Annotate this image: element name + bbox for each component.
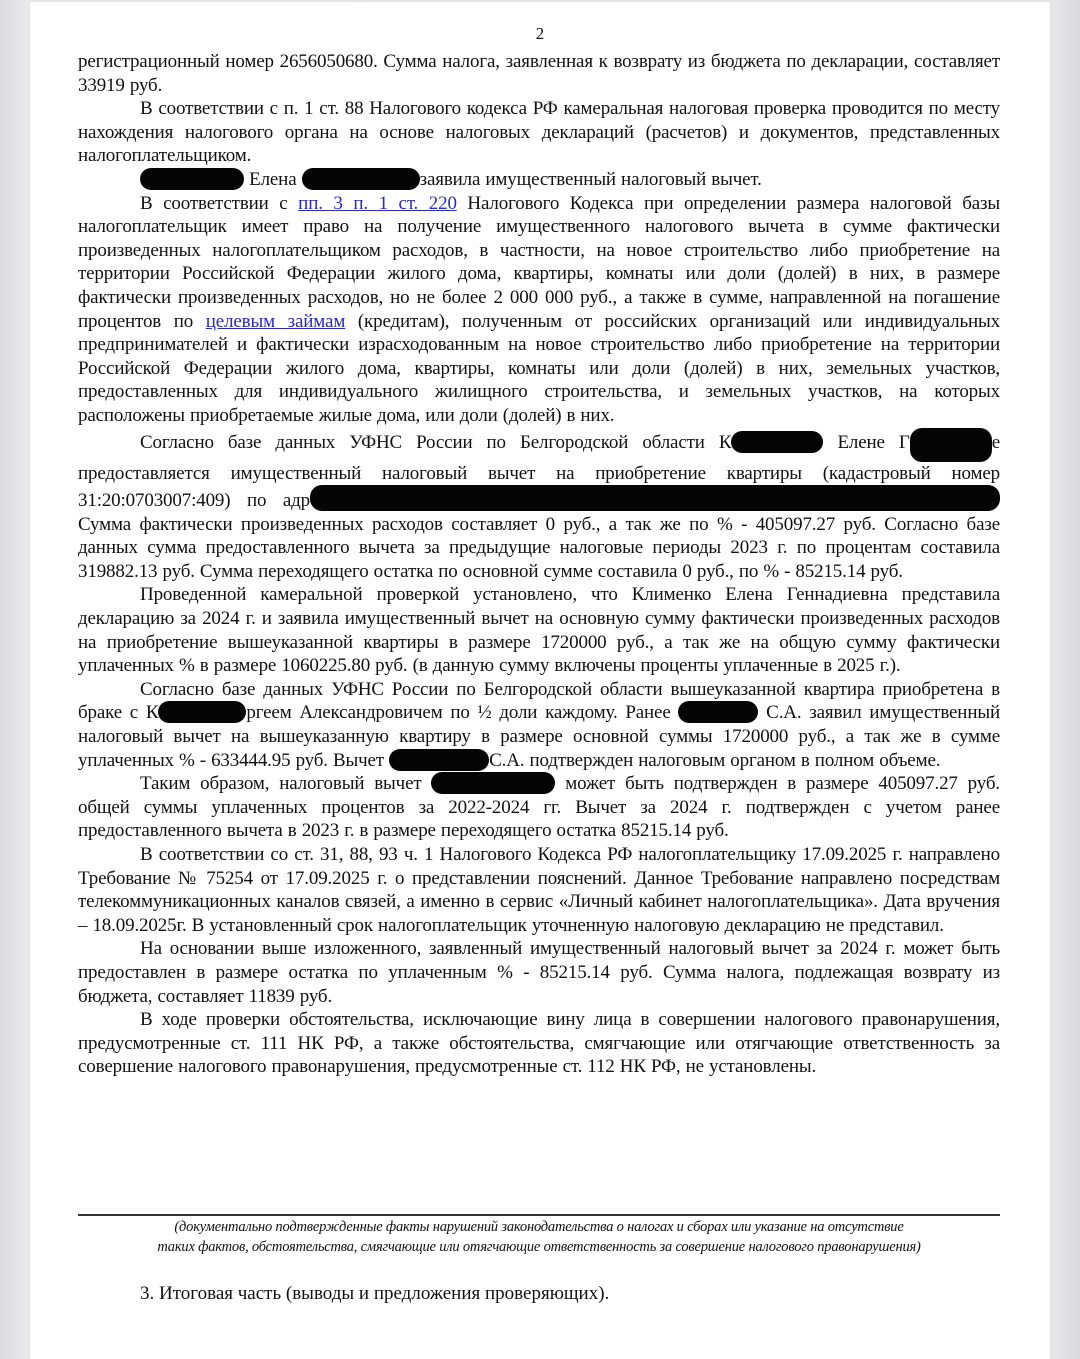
- redaction-block: [910, 428, 992, 462]
- form-caption: (документально подтвержденные факты нару…: [78, 1217, 1000, 1257]
- document-body: регистрационный номер 2656050680. Сумма …: [78, 50, 1000, 1079]
- paragraph-conclusion-deduction: Таким образом, налоговый вычет может быт…: [78, 772, 1000, 843]
- paragraph-requirement-notice: В соответствии со ст. 31, 88, 93 ч. 1 На…: [78, 843, 1000, 937]
- document-page: 2 регистрационный номер 2656050680. Сумм…: [30, 2, 1050, 1359]
- redaction-block: [302, 168, 420, 190]
- redaction-address-block: [310, 485, 1000, 511]
- page-number: 2: [30, 24, 1050, 44]
- divider-line: [78, 1214, 1000, 1216]
- paragraph-deduction-claim: Елена заявила имущественный налоговый вы…: [78, 168, 1000, 192]
- paragraph-refund-amount: На основании выше изложенного, заявленны…: [78, 937, 1000, 1008]
- link-target-loans[interactable]: целевым займам: [206, 311, 345, 332]
- redaction-block: [140, 168, 244, 190]
- redaction-block: [431, 772, 555, 794]
- paragraph-audit-findings: Проведенной камеральной проверкой устано…: [78, 583, 1000, 677]
- section-heading-final-part: 3. Итоговая часть (выводы и предложения …: [140, 1283, 609, 1305]
- redaction-block: [389, 749, 489, 771]
- paragraph-database-info: Согласно базе данных УФНС России по Белг…: [78, 428, 1000, 584]
- caption-line-1: (документально подтвержденные факты нару…: [78, 1217, 1000, 1237]
- paragraph-audit-basis: В соответствии с п. 1 ст. 88 Налогового …: [78, 97, 1000, 168]
- link-article-220[interactable]: пп. 3 п. 1 ст. 220: [298, 193, 457, 214]
- paragraph-declaration-summary: регистрационный номер 2656050680. Сумма …: [78, 50, 1000, 97]
- redaction-block: [731, 431, 823, 453]
- paragraph-spouse-deduction: Согласно базе данных УФНС России по Белг…: [78, 678, 1000, 772]
- redaction-block: [158, 701, 246, 723]
- paragraph-circumstances: В ходе проверки обстоятельства, исключаю…: [78, 1008, 1000, 1079]
- paragraph-legal-basis: В соответствии с пп. 3 п. 1 ст. 220 Нало…: [78, 192, 1000, 428]
- caption-line-2: таких фактов, обстоятельства, смягчающие…: [78, 1237, 1000, 1257]
- redaction-block: [678, 701, 758, 723]
